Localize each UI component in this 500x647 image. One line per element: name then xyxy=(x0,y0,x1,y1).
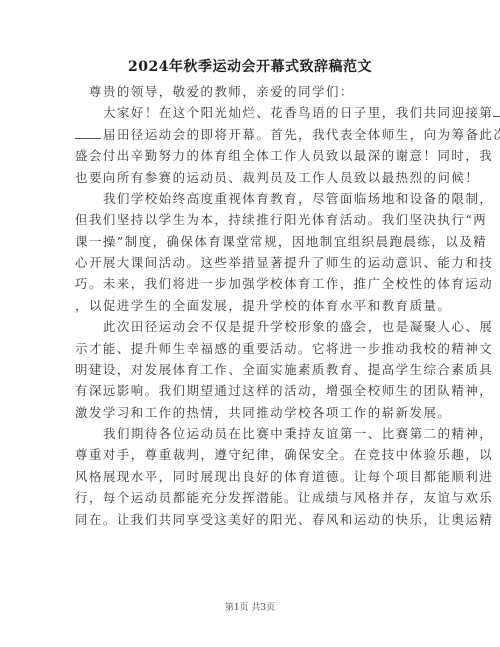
text-line: 尊重对手，尊重裁判，遵守纪律，确保安全。在竞技中体验乐趣，以 xyxy=(75,444,430,465)
text-line: 但我们坚持以学生为本，持续推行阳光体育活动。我们坚决执行“两 xyxy=(75,209,430,230)
text-line: 行，每个运动员都能充分发挥潜能。让成绩与风格并存，友谊与欢乐 xyxy=(75,487,430,508)
fill-blank xyxy=(493,104,500,117)
paragraph-3: 此次田径运动会不仅是提升学校形象的盛会，也是凝聚人心、展 示才能、提升师生幸福感… xyxy=(75,316,430,423)
text-line: 届田径运动会的即将开幕。首先，我代表全体师生，向为筹备此次 xyxy=(75,124,430,145)
salutation: 尊贵的领导，敬爱的教师，亲爱的同学们： xyxy=(75,81,430,102)
text-line: 大家好！在这个阳光灿烂、花香鸟语的日子里，我们共同迎接第 xyxy=(75,102,430,123)
text-span: 大家好！在这个阳光灿烂、花香鸟语的日子里，我们共同迎接第 xyxy=(103,105,493,120)
paragraph-1: 大家好！在这个阳光灿烂、花香鸟语的日子里，我们共同迎接第 届田径运动会的即将开幕… xyxy=(75,102,430,188)
text-line: 同在。让我们共同享受这美好的阳光、春风和运动的快乐，让奥运精 xyxy=(75,509,430,530)
text-line: 巧。未来，我们将进一步加强学校体育工作，推广全校性的体育运动 xyxy=(75,273,430,294)
fill-blank xyxy=(75,126,101,139)
text-line: 我们学校始终高度重视体育教育，尽管面临场地和设备的限制， xyxy=(75,188,430,209)
text-line: 明建设，对发展体育工作、全面实施素质教育、提高学生综合素质具 xyxy=(75,359,430,380)
document-title: 2024年秋季运动会开幕式致辞稿范文 xyxy=(0,56,500,76)
document-page: 2024年秋季运动会开幕式致辞稿范文 尊贵的领导，敬爱的教师，亲爱的同学们： 大… xyxy=(0,0,500,647)
text-line: ，以促进学生的全面发展，提升学校的体育水平和教育质量。 xyxy=(75,295,430,316)
document-body: 尊贵的领导，敬爱的教师，亲爱的同学们： 大家好！在这个阳光灿烂、花香鸟语的日子里… xyxy=(75,81,430,530)
text-line: 我们期待各位运动员在比赛中秉持友谊第一、比赛第二的精神， xyxy=(75,423,430,444)
page-number: 第1页 共3页 xyxy=(0,600,500,613)
text-line: 课一操”制度，确保体育课堂常规，因地制宜组织晨跑晨练，以及精 xyxy=(75,231,430,252)
text-line: 有深远影响。我们期望通过这样的活动，增强全校师生的团队精神， xyxy=(75,380,430,401)
text-line: 示才能、提升师生幸福感的重要活动。它将进一步推动我校的精神文 xyxy=(75,338,430,359)
text-line: 此次田径运动会不仅是提升学校形象的盛会，也是凝聚人心、展 xyxy=(75,316,430,337)
paragraph-2: 我们学校始终高度重视体育教育，尽管面临场地和设备的限制， 但我们坚持以学生为本，… xyxy=(75,188,430,316)
text-line: 盛会付出辛勤努力的体育组全体工作人员致以最深的谢意！同时，我 xyxy=(75,145,430,166)
text-line: 心开展大课间活动。这些举措显著提升了师生的运动意识、能力和技 xyxy=(75,252,430,273)
text-line: 也要向所有参赛的运动员、裁判员及工作人员致以最热烈的问候！ xyxy=(75,167,430,188)
text-span: 届田径运动会的即将开幕。首先，我代表全体师生，向为筹备此次 xyxy=(103,127,500,142)
text-line: 激发学习和工作的热情，共同推动学校各项工作的崭新发展。 xyxy=(75,402,430,423)
paragraph-4: 我们期待各位运动员在比赛中秉持友谊第一、比赛第二的精神， 尊重对手，尊重裁判，遵… xyxy=(75,423,430,530)
text-line: 风格展现水平，同时展现出良好的体育道德。让每个项目都能顺利进 xyxy=(75,466,430,487)
